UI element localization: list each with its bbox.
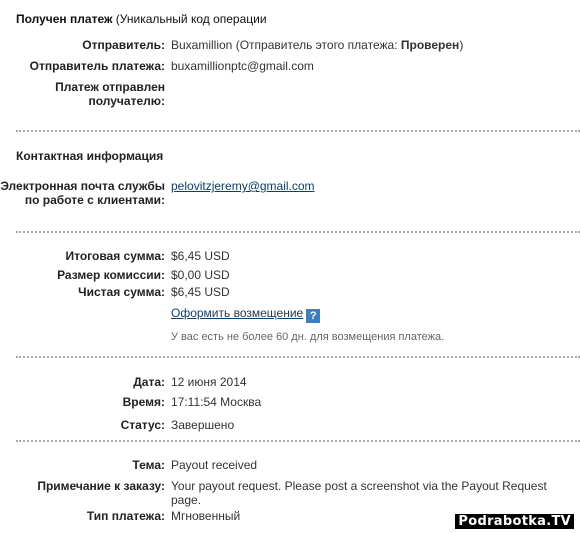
date-row: Дата: 12 июня 2014 <box>0 375 580 389</box>
fee-value: $0,00 USD <box>171 268 580 282</box>
sender-email-value: buxamillionptc@gmail.com <box>171 59 580 73</box>
sender-value: Buxamillion (Отправитель этого платежа: … <box>171 38 580 52</box>
refund-note: У вас есть не более 60 дн. для возмещени… <box>171 330 580 344</box>
page-title: Получен платеж (Уникальный код операции <box>16 12 267 26</box>
time-value: 17:11:54 Москва <box>171 395 580 409</box>
sent-to-value <box>171 80 580 108</box>
verified-status: Проверен <box>401 38 459 52</box>
sent-to-row: Платеж отправлен получателю: <box>0 80 580 108</box>
divider <box>16 130 580 132</box>
net-row: Чистая сумма: $6,45 USD <box>0 285 580 299</box>
refund-note-row: У вас есть не более 60 дн. для возмещени… <box>0 330 580 344</box>
order-note-label: Примечание к заказу: <box>0 479 171 507</box>
sender-row: Отправитель: Buxamillion (Отправитель эт… <box>0 38 580 52</box>
date-label: Дата: <box>0 375 171 389</box>
fee-label: Размер комиссии: <box>0 268 171 282</box>
order-note-value: Your payout request. Please post a scree… <box>171 479 580 507</box>
divider <box>16 440 580 442</box>
time-label: Время: <box>0 395 171 409</box>
refund-row: Оформить возмещение? <box>0 306 580 323</box>
status-row: Статус: Завершено <box>0 418 580 432</box>
status-label: Статус: <box>0 418 171 432</box>
net-label: Чистая сумма: <box>0 285 171 299</box>
net-value: $6,45 USD <box>171 285 580 299</box>
sender-label: Отправитель: <box>0 38 171 52</box>
date-value: 12 июня 2014 <box>171 375 580 389</box>
sender-email-row: Отправитель платежа: buxamillionptc@gmai… <box>0 59 580 73</box>
divider <box>16 356 580 358</box>
contact-row: Электронная почта службы по работе с кли… <box>0 179 580 207</box>
time-row: Время: 17:11:54 Москва <box>0 395 580 409</box>
subject-value: Payout received <box>171 458 580 472</box>
payment-type-label: Тип платежа: <box>0 509 171 523</box>
total-label: Итоговая сумма: <box>0 249 171 263</box>
subject-row: Тема: Payout received <box>0 458 580 472</box>
help-icon[interactable]: ? <box>306 309 320 323</box>
total-row: Итоговая сумма: $6,45 USD <box>0 249 580 263</box>
order-note-row: Примечание к заказу: Your payout request… <box>0 479 580 507</box>
fee-row: Размер комиссии: $0,00 USD <box>0 268 580 282</box>
total-value: $6,45 USD <box>171 249 580 263</box>
refund-link[interactable]: Оформить возмещение <box>171 306 303 320</box>
sender-email-label: Отправитель платежа: <box>0 59 171 73</box>
support-email-link[interactable]: pelovitzjeremy@gmail.com <box>171 179 315 193</box>
sent-to-label: Платеж отправлен получателю: <box>0 80 171 108</box>
divider <box>16 231 580 233</box>
subject-label: Тема: <box>0 458 171 472</box>
status-value: Завершено <box>171 418 580 432</box>
watermark: Podrabotka.TV <box>455 514 574 529</box>
contact-label: Электронная почта службы по работе с кли… <box>0 179 171 207</box>
contact-heading: Контактная информация <box>16 149 163 163</box>
